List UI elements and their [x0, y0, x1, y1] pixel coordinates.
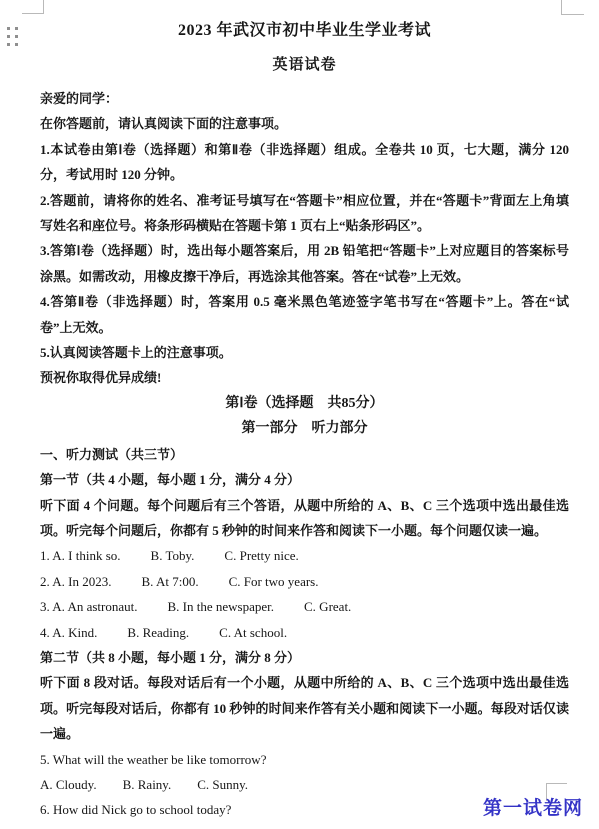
q5-option-b: B. Rainy.: [123, 772, 172, 797]
document-page: 2023 年武汉市初中毕业生学业考试 英语试卷 亲爱的同学： 在你答题前，请认真…: [0, 0, 599, 829]
q4-option-a: 4. A. Kind.: [40, 620, 97, 645]
q4-option-c: C. At school.: [219, 620, 287, 645]
q3-option-c: C. Great.: [304, 594, 351, 619]
notice-salutation: 亲爱的同学：: [40, 86, 569, 111]
exam-title: 2023 年武汉市初中毕业生学业考试: [40, 18, 569, 44]
q2-option-b: B. At 7:00.: [142, 569, 199, 594]
question-5-text: 5. What will the weather be like tomorro…: [40, 747, 569, 772]
q5-option-c: C. Sunny.: [197, 772, 248, 797]
section2-heading: 第二节（共 8 小题，每小题 1 分，满分 8 分）: [40, 645, 569, 670]
listening-title: 一、听力测试（共三节）: [40, 442, 569, 467]
q2-option-a: 2. A. In 2023.: [40, 569, 112, 594]
q3-option-a: 3. A. An astronaut.: [40, 594, 138, 619]
notice-item-3: 3.答第Ⅰ卷（选择题）时，选出每小题答案后，用 2B 铅笔把“答题卡”上对应题目…: [40, 238, 569, 289]
volume-heading: 第Ⅰ卷（选择题 共85分）: [40, 391, 569, 416]
notice-item-4: 4.答第Ⅱ卷（非选择题）时，答案用 0.5 毫米黑色笔迹签字笔书写在“答题卡”上…: [40, 289, 569, 340]
q4-option-b: B. Reading.: [127, 620, 189, 645]
question-3-options: 3. A. An astronaut. B. In the newspaper.…: [40, 594, 569, 619]
notice-item-5: 5.认真阅读答题卡上的注意事项。: [40, 340, 569, 365]
question-4-options: 4. A. Kind. B. Reading. C. At school.: [40, 620, 569, 645]
question-1-options: 1. A. I think so. B. Toby. C. Pretty nic…: [40, 543, 569, 568]
notice-item-2: 2.答题前，请将你的姓名、准考证号填写在“答题卡”相应位置，并在“答题卡”背面左…: [40, 188, 569, 239]
part-heading: 第一部分 听力部分: [40, 416, 569, 441]
section1-heading: 第一节（共 4 小题，每小题 1 分，满分 4 分）: [40, 467, 569, 492]
drag-handle-icon[interactable]: [7, 27, 18, 46]
q2-option-c: C. For two years.: [229, 569, 319, 594]
paper-title: 英语试卷: [40, 52, 569, 78]
site-watermark: 第一试卷网: [483, 799, 583, 819]
q1-option-c: C. Pretty nice.: [224, 543, 298, 568]
notice-item-1: 1.本试卷由第Ⅰ卷（选择题）和第Ⅱ卷（非选择题）组成。全卷共 10 页，七大题，…: [40, 137, 569, 188]
section2-instructions: 听下面 8 段对话。每段对话后有一个小题，从题中所给的 A、B、C 三个选项中选…: [40, 670, 569, 746]
notice-wish: 预祝你取得优异成绩!: [40, 365, 569, 390]
q1-option-b: B. Toby.: [151, 543, 195, 568]
q3-option-b: B. In the newspaper.: [168, 594, 275, 619]
q1-option-a: 1. A. I think so.: [40, 543, 121, 568]
question-5-options: A. Cloudy. B. Rainy. C. Sunny.: [40, 772, 569, 797]
section1-instructions: 听下面 4 个问题。每个问题后有三个答语，从题中所给的 A、B、C 三个选项中选…: [40, 493, 569, 544]
notice-intro: 在你答题前，请认真阅读下面的注意事项。: [40, 111, 569, 136]
question-2-options: 2. A. In 2023. B. At 7:00. C. For two ye…: [40, 569, 569, 594]
paper-body: 2023 年武汉市初中毕业生学业考试 英语试卷 亲爱的同学： 在你答题前，请认真…: [40, 12, 569, 823]
q5-option-a: A. Cloudy.: [40, 772, 97, 797]
